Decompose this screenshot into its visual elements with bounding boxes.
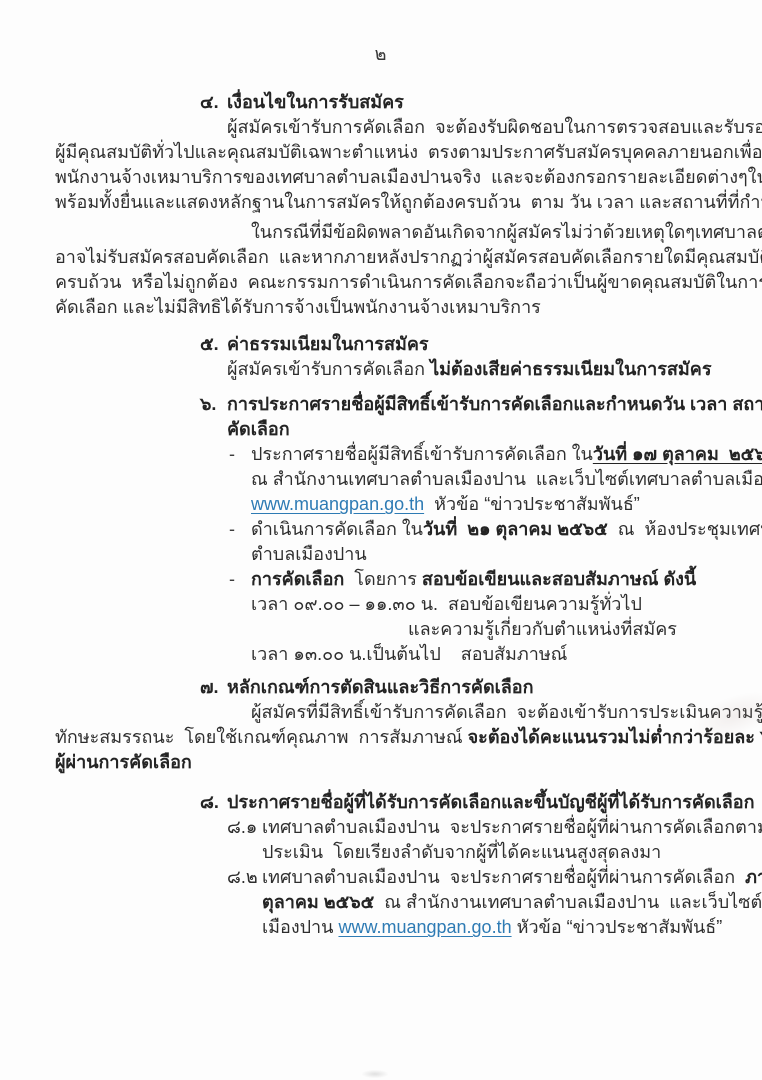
section-8-item-2-line-2: ตุลาคม ๒๕๖๕ ณ สำนักงานเทศบาลตำบลเมืองปาน…: [0, 890, 762, 915]
body-text: ในกรณีที่มีข้อผิดพลาดอันเกิดจากผู้สมัครไ…: [251, 222, 762, 242]
section-7-paragraph-line-1: ผู้สมัครที่มีสิทธิ์เข้ารับการคัดเลือก จะ…: [0, 700, 762, 725]
bullet-dash: -: [229, 442, 251, 467]
section-5-number: ๕.: [200, 332, 227, 357]
selection-method-label: การคัดเลือก: [251, 569, 344, 589]
body-text: ผู้สมัครเข้ารับการคัดเลือก จะต้องรับผิดช…: [227, 117, 762, 137]
body-text: ครบถ้วน หรือไม่ถูกต้อง คณะกรรมการดำเนินก…: [55, 272, 762, 292]
body-text: ดำเนินการคัดเลือก ใน: [251, 519, 423, 539]
section-5-title: ค่าธรรมเนียมในการสมัคร: [227, 334, 429, 354]
section-4-number: ๔.: [200, 90, 227, 115]
section-4-paragraph-2-line-1: ในกรณีที่มีข้อผิดพลาดอันเกิดจากผู้สมัครไ…: [0, 220, 762, 245]
body-text: โดยการ: [344, 569, 422, 589]
section-6-bullet-1-line-3: www.muangpan.go.th หัวข้อ “ข่าวประชาสัมพ…: [0, 492, 762, 517]
section-6-number: ๖.: [200, 392, 227, 417]
section-4-paragraph-2-line-3: ครบถ้วน หรือไม่ถูกต้อง คณะกรรมการดำเนินก…: [0, 270, 762, 295]
muangpan-website-link[interactable]: www.muangpan.go.th: [251, 494, 424, 514]
section-5-body: ผู้สมัครเข้ารับการคัดเลือก ไม่ต้องเสียค่…: [0, 357, 762, 382]
item-8-1-number: ๘.๑: [227, 815, 262, 840]
body-text: ผู้สมัครที่มีสิทธิ์เข้ารับการคัดเลือก จะ…: [251, 702, 762, 722]
body-text: เทศบาลตำบลเมืองปาน จะประกาศรายชื่อผู้ที่…: [262, 867, 745, 887]
body-text: ณ สำนักงานเทศบาลตำบลเมืองปาน และเว็บไซต์…: [374, 892, 762, 912]
bullet-dash: -: [229, 517, 251, 542]
body-text: ผู้มีคุณสมบัติทั่วไปและคุณสมบัติเฉพาะตำแ…: [55, 142, 762, 162]
body-text: เทศบาลตำบลเมืองปาน จะประกาศรายชื่อผู้ที่…: [262, 817, 762, 837]
section-4-paragraph-1-line-1: ผู้สมัครเข้ารับการคัดเลือก จะต้องรับผิดช…: [0, 115, 762, 140]
body-text: คัดเลือก และไม่มีสิทธิได้รับการจ้างเป็นพ…: [55, 297, 541, 317]
no-fee-emphasis: ไม่ต้องเสียค่าธรรมเนียมในการสมัคร: [430, 359, 711, 379]
item-8-2-number: ๘.๒: [227, 865, 262, 890]
schedule-morning-continued: และความรู้เกี่ยวกับตำแหน่งที่สมัคร: [408, 619, 677, 639]
section-6-schedule-line-1: เวลา ๐๙.๐๐ – ๑๑.๓๐ น. สอบข้อเขียนความรู้…: [0, 592, 762, 617]
scan-smudge-artifact: [362, 1070, 388, 1078]
section-4-paragraph-2-line-4: คัดเลือก และไม่มีสิทธิได้รับการจ้างเป็นพ…: [0, 295, 762, 320]
section-4-title: เงื่อนไขในการรับสมัคร: [227, 92, 404, 112]
body-text: ประกาศรายชื่อผู้มีสิทธิ์เข้ารับการคัดเลื…: [251, 444, 593, 464]
announcement-date: วันที่ ๑๗ ตุลาคม ๒๕๖๕: [593, 444, 762, 464]
section-8-item-2-line-3: เมืองปาน www.muangpan.go.th หัวข้อ “ข่าว…: [0, 915, 762, 940]
section-8-item-1-line-2: ประเมิน โดยเรียงลำดับจากผู้ที่ได้คะแนนสู…: [0, 840, 762, 865]
section-6-heading-line-1: ๖.การประกาศรายชื่อผู้มีสิทธิ์เข้ารับการค…: [0, 392, 762, 417]
section-4-heading: ๔.เงื่อนไขในการรับสมัคร: [0, 90, 762, 115]
body-text: อาจไม่รับสมัครสอบคัดเลือก และหากภายหลังป…: [55, 247, 762, 267]
body-text: หัวข้อ “ข่าวประชาสัมพันธ์”: [424, 494, 640, 514]
muangpan-website-link[interactable]: www.muangpan.go.th: [338, 917, 511, 937]
body-text: ณ ห้องประชุมเทศบาล: [608, 519, 762, 539]
passing-score-emphasis: จะต้องได้คะแนนรวมไม่ต่ำกว่าร้อยละ ๖๐ จึง…: [468, 727, 762, 747]
section-6-schedule-line-3: เวลา ๑๓.๐๐ น.เป็นต้นไป สอบสัมภาษณ์: [0, 642, 762, 667]
body-text: พร้อมทั้งยื่นและแสดงหลักฐานในการสมัครให้…: [55, 192, 762, 212]
section-7-paragraph-line-2: ทักษะสมรรถนะ โดยใช้เกณฑ์คุณภาพ การสัมภาษ…: [0, 725, 762, 750]
schedule-afternoon: เวลา ๑๓.๐๐ น.เป็นต้นไป สอบสัมภาษณ์: [251, 644, 567, 664]
section-4-paragraph-1-line-4: พร้อมทั้งยื่นและแสดงหลักฐานในการสมัครให้…: [0, 190, 762, 215]
body-text: หัวข้อ “ข่าวประชาสัมพันธ์”: [512, 917, 723, 937]
section-7-number: ๗.: [200, 675, 227, 700]
body-text: ประเมิน โดยเรียงลำดับจากผู้ที่ได้คะแนนสู…: [262, 842, 661, 862]
section-4-paragraph-2-line-2: อาจไม่รับสมัครสอบคัดเลือก และหากภายหลังป…: [0, 245, 762, 270]
section-6-bullet-1-line-1: -ประกาศรายชื่อผู้มีสิทธิ์เข้ารับการคัดเล…: [0, 442, 762, 467]
body-text: พนักงานจ้างเหมาบริการของเทศบาลตำบลเมืองป…: [55, 167, 762, 187]
bullet-dash: -: [229, 567, 251, 592]
section-7-paragraph-line-3: ผู้ผ่านการคัดเลือก: [0, 750, 762, 775]
section-6-title-continued: คัดเลือก: [227, 419, 290, 439]
section-4-paragraph-1-line-2: ผู้มีคุณสมบัติทั่วไปและคุณสมบัติเฉพาะตำแ…: [0, 140, 762, 165]
section-6-bullet-2-line-1: -ดำเนินการคัดเลือก ในวันที่ ๒๑ ตุลาคม ๒๕…: [0, 517, 762, 542]
page-number: ๒: [0, 42, 762, 67]
body-text: ผู้สมัครเข้ารับการคัดเลือก: [227, 359, 430, 379]
section-6-title: การประกาศรายชื่อผู้มีสิทธิ์เข้ารับการคัด…: [227, 394, 762, 414]
section-8-item-2-line-1: ๘.๒เทศบาลตำบลเมืองปาน จะประกาศรายชื่อผู้…: [0, 865, 762, 890]
result-date-continued: ตุลาคม ๒๕๖๕: [262, 892, 374, 912]
section-6-schedule-line-2: และความรู้เกี่ยวกับตำแหน่งที่สมัคร: [0, 617, 762, 642]
section-8-heading: ๘.ประกาศรายชื่อผู้ที่ได้รับการคัดเลือกแล…: [0, 790, 762, 815]
document-page: ๒ ๔.เงื่อนไขในการรับสมัครผู้สมัครเข้ารับ…: [0, 0, 762, 1080]
section-6-heading-line-2: คัดเลือก: [0, 417, 762, 442]
section-6-bullet-1-line-2: ณ สำนักงานเทศบาลตำบลเมืองปาน และเว็บไซต์…: [0, 467, 762, 492]
body-text: เมืองปาน: [262, 917, 338, 937]
body-text: ณ สำนักงานเทศบาลตำบลเมืองปาน และเว็บไซต์…: [251, 469, 762, 489]
schedule-morning: เวลา ๐๙.๐๐ – ๑๑.๓๐ น. สอบข้อเขียนความรู้…: [251, 594, 642, 614]
section-4-paragraph-1-line-3: พนักงานจ้างเหมาบริการของเทศบาลตำบลเมืองป…: [0, 165, 762, 190]
selection-date: วันที่ ๒๑ ตุลาคม ๒๕๖๕: [423, 519, 608, 539]
passing-score-emphasis-continued: ผู้ผ่านการคัดเลือก: [55, 752, 192, 772]
section-7-title: หลักเกณฑ์การตัดสินและวิธีการคัดเลือก: [227, 677, 534, 697]
document-body: ๔.เงื่อนไขในการรับสมัครผู้สมัครเข้ารับกา…: [0, 90, 762, 940]
section-7-heading: ๗.หลักเกณฑ์การตัดสินและวิธีการคัดเลือก: [0, 675, 762, 700]
exam-types-emphasis: สอบข้อเขียนและสอบสัมภาษณ์ ดังนี้: [422, 569, 696, 589]
body-text: ตำบลเมืองปาน: [251, 544, 367, 564]
section-5-heading: ๕.ค่าธรรมเนียมในการสมัคร: [0, 332, 762, 357]
section-6-bullet-3-line-1: -การคัดเลือก โดยการ สอบข้อเขียนและสอบสัม…: [0, 567, 762, 592]
section-8-title: ประกาศรายชื่อผู้ที่ได้รับการคัดเลือกและข…: [227, 792, 755, 812]
section-6-bullet-2-line-2: ตำบลเมืองปาน: [0, 542, 762, 567]
section-8-number: ๘.: [200, 790, 227, 815]
result-date: ภายในวันที่ ๒๗: [745, 867, 762, 887]
body-text: ทักษะสมรรถนะ โดยใช้เกณฑ์คุณภาพ การสัมภาษ…: [55, 727, 468, 747]
section-8-item-1-line-1: ๘.๑เทศบาลตำบลเมืองปาน จะประกาศรายชื่อผู้…: [0, 815, 762, 840]
